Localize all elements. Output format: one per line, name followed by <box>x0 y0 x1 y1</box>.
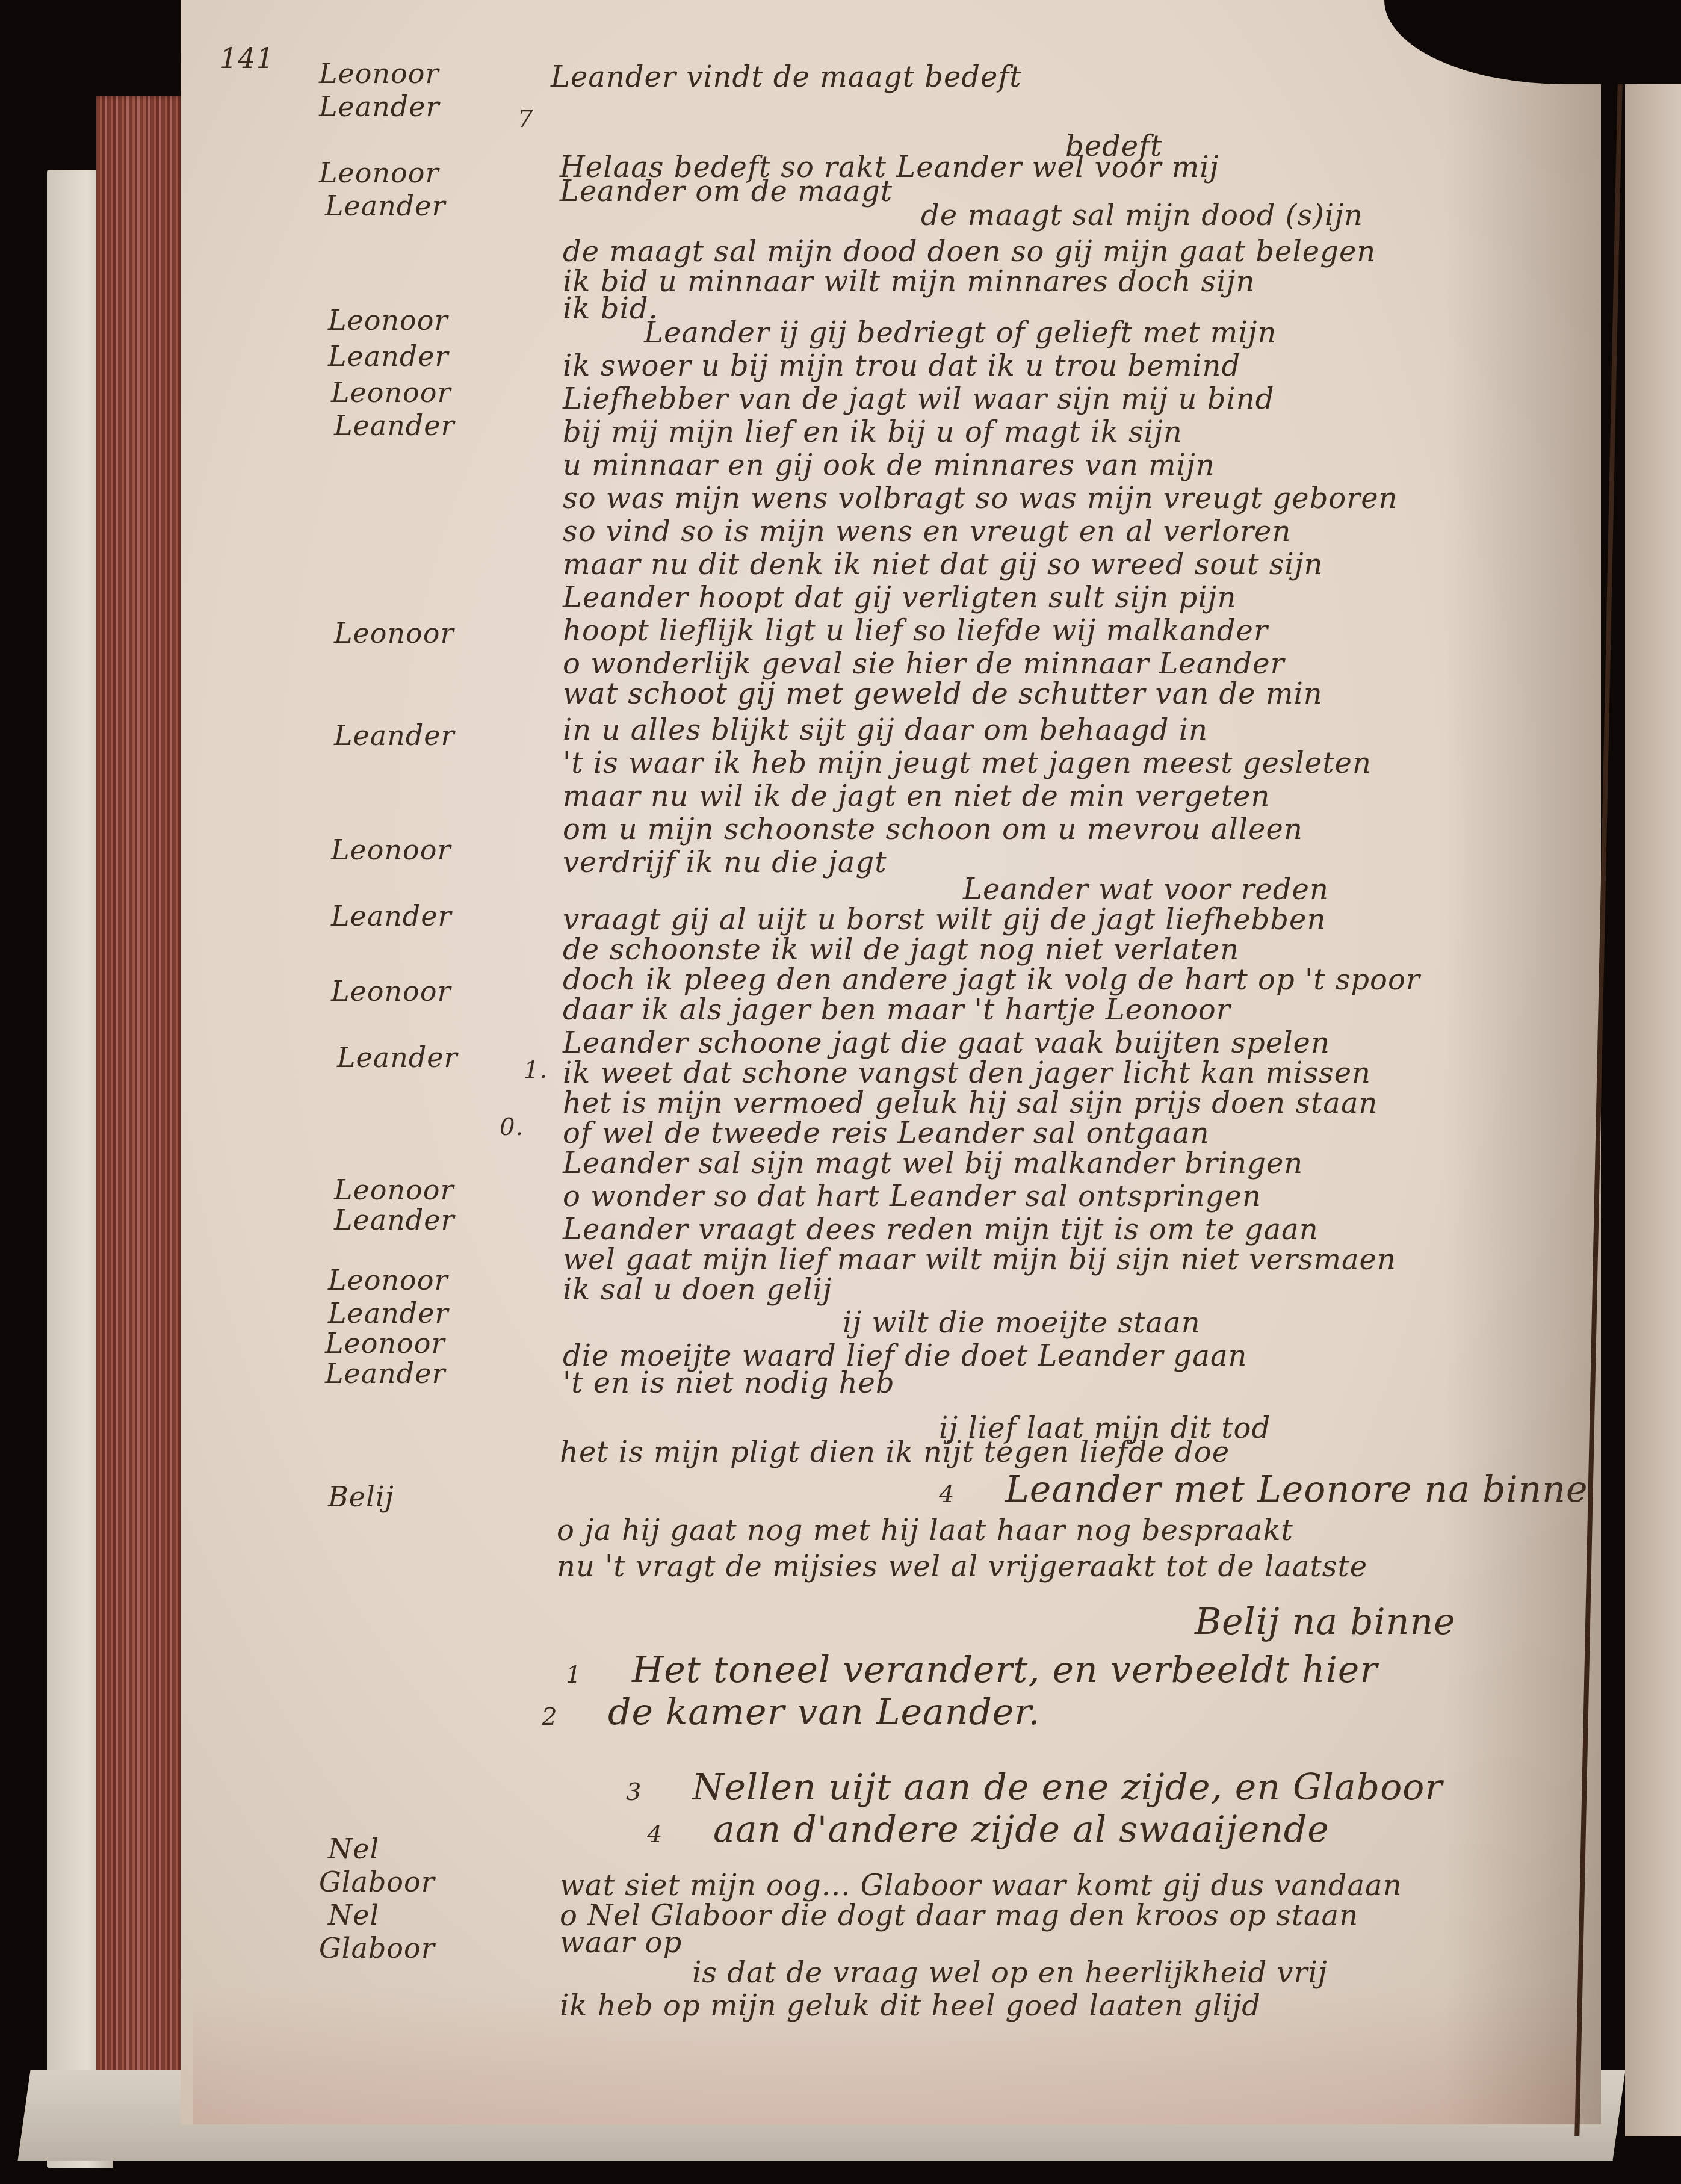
dialogue-line: wat schoot gij met geweld de schutter va… <box>563 677 1323 711</box>
dialogue-line: ik swoer u bij mijn trou dat ik u trou b… <box>563 349 1240 383</box>
line-marker: 3 <box>626 1778 642 1806</box>
speaker-name: Leonoor <box>319 57 439 90</box>
line-marker: 2 <box>542 1703 557 1731</box>
speaker-name: Leander <box>319 90 439 123</box>
facing-page <box>1625 12 1681 2136</box>
dialogue-line: u minnaar en gij ook de minnares van mij… <box>563 448 1215 482</box>
speaker-name: Leonoor <box>325 1327 445 1360</box>
speaker-name: Belij <box>328 1480 394 1513</box>
speaker-name: Leonoor <box>328 304 448 336</box>
speaker-name: Leonoor <box>334 617 454 649</box>
speaker-name: Leonoor <box>328 1264 448 1296</box>
speaker-name: Glaboor <box>319 1932 435 1964</box>
dialogue-line: nu 't vragt de mijsies wel al vrijgeraak… <box>557 1550 1367 1583</box>
dialogue-line: om u mijn schoonste schoon om u mevrou a… <box>563 812 1303 846</box>
speaker-name: Leander <box>334 719 454 752</box>
dialogue-line: daar ik als jager ben maar 't hartje Leo… <box>563 993 1231 1027</box>
dialogue-line: Leander ij gij bedriegt of gelieft met m… <box>644 316 1277 350</box>
stage-direction: de kamer van Leander. <box>608 1691 1041 1733</box>
dialogue-line: so was mijn wens volbragt so was mijn vr… <box>563 481 1398 515</box>
speaker-name: Leander <box>334 1204 454 1236</box>
dialogue-line: hoopt lieflijk ligt u lief so liefde wij… <box>563 614 1268 648</box>
stage-direction: Nellen uijt aan de ene zijde, en Glaboor <box>692 1766 1443 1808</box>
dialogue-line: bij mij mijn lief en ik bij u of magt ik… <box>563 415 1183 449</box>
dialogue-line: Leander om de maagt <box>560 175 893 208</box>
dialogue-line: verdrijf ik nu die jagt <box>563 846 887 879</box>
speaker-name: Leander <box>337 1041 457 1074</box>
dialogue-line: het is mijn pligt dien ik nijt tegen lie… <box>560 1435 1230 1469</box>
speaker-name: Glaboor <box>319 1866 435 1898</box>
dialogue-line: in u alles blijkt sijt gij daar om behaa… <box>563 713 1208 747</box>
dialogue-line: maar nu dit denk ik niet dat gij so wree… <box>563 548 1323 581</box>
speaker-name: Leonoor <box>331 376 451 409</box>
dialogue-line: ik weet dat schone vangst den jager lich… <box>563 1056 1371 1090</box>
line-marker: 4 <box>647 1821 663 1848</box>
stage-direction: Het toneel verandert, en verbeeldt hier <box>632 1649 1378 1691</box>
dialogue-line: 0. <box>500 1113 524 1141</box>
dialogue-line: 1. <box>524 1056 548 1084</box>
dialogue-line: o wonderlijk geval sie hier de minnaar L… <box>563 647 1284 681</box>
dialogue-line: of wel de tweede reis Leander sal ontgaa… <box>563 1116 1210 1150</box>
dialogue-line: Belij na binne <box>1195 1601 1456 1643</box>
dialogue-line: 't is waar ik heb mijn jeugt met jagen m… <box>563 746 1372 780</box>
speaker-name: Nel <box>328 1833 379 1865</box>
speaker-name: Leonoor <box>331 975 451 1007</box>
dialogue-line: de maagt sal mijn dood doen so gij mijn … <box>563 235 1376 268</box>
dialogue-line: waar op <box>560 1926 682 1960</box>
stage-direction: aan d'andere zijde al swaaijende <box>713 1808 1330 1851</box>
speaker-name: Leander <box>328 1297 448 1329</box>
page-edges <box>96 96 187 2142</box>
dialogue-line: ik sal u doen gelij <box>563 1273 832 1307</box>
speaker-name: Leander <box>328 340 448 373</box>
line-marker: 4 <box>939 1480 955 1508</box>
dialogue-line: ik bid u minnaar wilt mijn minnares doch… <box>563 265 1255 299</box>
speaker-name: Nel <box>328 1899 379 1931</box>
dialogue-line: is dat de vraag wel op en heerlijkheid v… <box>692 1956 1328 1990</box>
dialogue-line: wel gaat mijn lief maar wilt mijn bij si… <box>563 1243 1396 1276</box>
speaker-name: Leander <box>331 900 451 932</box>
speaker-name: Leonoor <box>319 156 439 189</box>
dialogue-line: Leander sal sijn magt wel bij malkander … <box>563 1146 1303 1180</box>
dialogue-line: maar nu wil ik de jagt en niet de min ve… <box>563 779 1270 813</box>
dialogue-line: Leander hoopt dat gij verligten sult sij… <box>563 581 1236 614</box>
dialogue-line: Leander schoone jagt die gaat vaak buijt… <box>563 1026 1330 1060</box>
dialogue-line: Liefhebber van de jagt wil waar sijn mij… <box>563 382 1274 416</box>
dialogue-line: 't en is niet nodig heb <box>563 1366 895 1400</box>
dialogue-line: 7 <box>518 105 533 133</box>
stage-direction: Leander met Leonore na binne <box>1005 1468 1588 1511</box>
speaker-name: Leander <box>325 1357 445 1390</box>
dialogue-line: doch ik pleeg den andere jagt ik volg de… <box>563 963 1420 997</box>
dialogue-line: o wonder so dat hart Leander sal ontspri… <box>563 1180 1262 1213</box>
speaker-name: Leonoor <box>331 834 451 866</box>
dialogue-line: de schoonste ik wil de jagt nog niet ver… <box>563 933 1239 967</box>
folio-number: 141 <box>220 42 274 75</box>
speaker-name: Leonoor <box>334 1174 454 1206</box>
dialogue-line: o ja hij gaat nog met hij laat haar nog … <box>557 1514 1293 1547</box>
speaker-name: Leander <box>325 190 445 222</box>
dialogue-line: Leander vraagt dees reden mijn tijt is o… <box>563 1213 1319 1246</box>
dialogue-line: de maagt sal mijn dood (s)ijn <box>921 199 1363 232</box>
line-marker: 1 <box>566 1661 581 1689</box>
dialogue-line: het is mijn vermoed geluk hij sal sijn p… <box>563 1086 1378 1120</box>
dialogue-line: ik heb op mijn geluk dit heel goed laate… <box>560 1989 1261 2023</box>
dialogue-line: ij wilt die moeijte staan <box>843 1306 1201 1340</box>
dialogue-line: vraagt gij al uijt u borst wilt gij de j… <box>563 903 1326 936</box>
dialogue-line: Leander vindt de maagt bedeft <box>551 60 1022 94</box>
dialogue-line: so vind so is mijn wens en vreugt en al … <box>563 515 1291 548</box>
dialogue-line: Leander wat voor reden <box>963 873 1329 906</box>
speaker-name: Leander <box>334 409 454 442</box>
dialogue-line: wat siet mijn oog... Glaboor waar komt g… <box>560 1869 1402 1902</box>
